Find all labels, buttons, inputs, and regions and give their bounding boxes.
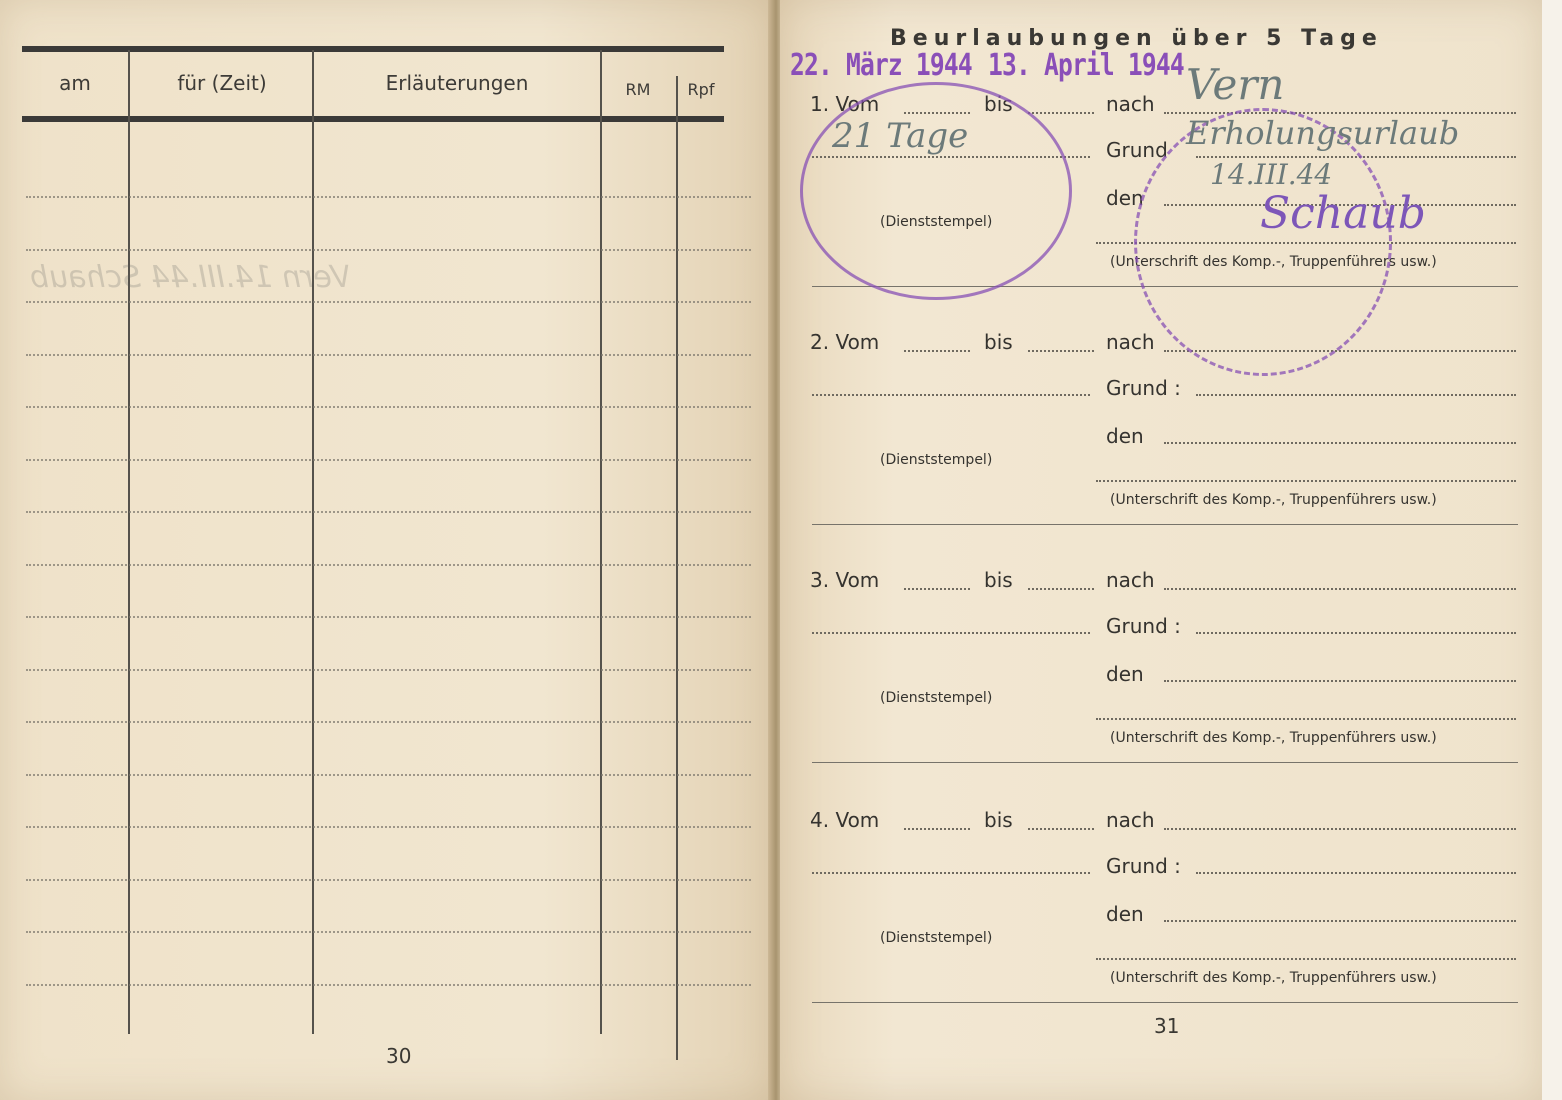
stempel-caption: (Dienststempel)	[880, 452, 992, 468]
ledger-row	[26, 774, 751, 776]
bis-field	[1028, 588, 1094, 590]
entry-vom-label: 3. Vom	[810, 568, 879, 592]
ledger-row	[26, 879, 751, 881]
col-header-fuer-zeit: für (Zeit)	[130, 58, 314, 108]
entry-vom-label: 4. Vom	[810, 808, 879, 832]
entry-separator	[812, 524, 1518, 525]
ledger-row	[26, 354, 751, 356]
stempel-caption: (Dienststempel)	[880, 930, 992, 946]
ledger-row	[26, 511, 751, 513]
date-field	[1164, 680, 1516, 682]
nach-field-line2	[812, 394, 1090, 396]
grund-field	[1196, 872, 1516, 874]
ledger-row	[26, 984, 751, 986]
ledger-table: am für (Zeit) Erläuterungen RM Rpf	[22, 46, 724, 1036]
entry-den-label: den	[1106, 902, 1144, 926]
ledger-row	[26, 459, 751, 461]
entry-den-label: den	[1106, 662, 1144, 686]
signature-field	[1096, 718, 1516, 720]
handwritten-destination: Vern	[1186, 60, 1284, 109]
handwritten-date: 14.III.44	[1210, 158, 1332, 191]
entry-bis-label: bis	[984, 568, 1013, 592]
grund-field	[1196, 394, 1516, 396]
entry-nach-label: nach	[1106, 330, 1155, 354]
date-field	[1164, 920, 1516, 922]
bis-field	[1028, 828, 1094, 830]
signature-caption: (Unterschrift des Komp.-, Truppenführers…	[1110, 730, 1437, 746]
ledger-row	[26, 721, 751, 723]
vom-field	[904, 588, 970, 590]
entry-separator	[812, 1002, 1518, 1003]
handwritten-duration: 21 Tage	[832, 116, 968, 156]
ledger-row	[26, 301, 751, 303]
ledger-row	[26, 669, 751, 671]
stempel-caption: (Dienststempel)	[880, 690, 992, 706]
scan-margin	[1542, 0, 1562, 1100]
entry-vom-label: 2. Vom	[810, 330, 879, 354]
stamp-date-from: 22. März 1944	[790, 48, 972, 83]
bis-field	[1028, 350, 1094, 352]
page-number-right: 31	[1154, 1014, 1179, 1038]
nach-field	[1164, 828, 1516, 830]
bleed-through-text: Vern 14.III.44 Schaub	[30, 260, 351, 295]
nach-field	[1164, 588, 1516, 590]
col-header-rpf: Rpf	[678, 64, 724, 114]
entry-nach-label: nach	[1106, 808, 1155, 832]
signature-field	[1096, 958, 1516, 960]
entry-grund-label: Grund :	[1106, 854, 1181, 878]
signature: Schaub	[1260, 188, 1426, 239]
handwritten-reason: Erholungsurlaub	[1186, 114, 1459, 152]
entry-den-label: den	[1106, 424, 1144, 448]
vom-field	[904, 828, 970, 830]
signature-field	[1096, 480, 1516, 482]
nach-field-line2	[812, 872, 1090, 874]
stamp-date-to: 13. April 1944	[988, 48, 1184, 83]
entry-nach-label: nach	[1106, 92, 1155, 116]
col-header-erlaeuterungen: Erläuterungen	[314, 58, 600, 108]
nach-field-line2	[812, 632, 1090, 634]
entry-grund-label: Grund	[1106, 138, 1168, 162]
bis-field	[1028, 112, 1094, 114]
col-header-rm: RM	[600, 64, 676, 114]
entry-grund-label: Grund :	[1106, 376, 1181, 400]
col-header-am: am	[22, 58, 128, 108]
ledger-row	[26, 406, 751, 408]
vom-field	[904, 350, 970, 352]
entry-bis-label: bis	[984, 330, 1013, 354]
page-number-left: 30	[386, 1044, 411, 1068]
entry-bis-label: bis	[984, 808, 1013, 832]
entry-separator	[812, 762, 1518, 763]
official-stamp-eagle	[800, 82, 1072, 300]
entry-grund-label: Grund :	[1106, 614, 1181, 638]
signature-caption: (Unterschrift des Komp.-, Truppenführers…	[1110, 970, 1437, 986]
signature-caption: (Unterschrift des Komp.-, Truppenführers…	[1110, 492, 1437, 508]
entry-nach-label: nach	[1106, 568, 1155, 592]
ledger-row	[26, 931, 751, 933]
grund-field	[1196, 632, 1516, 634]
ledger-row	[26, 616, 751, 618]
col-divider	[676, 76, 678, 1060]
ledger-row	[26, 196, 751, 198]
ledger-row	[26, 826, 751, 828]
date-field	[1164, 442, 1516, 444]
ledger-row	[26, 564, 751, 566]
ledger-row	[26, 249, 751, 251]
